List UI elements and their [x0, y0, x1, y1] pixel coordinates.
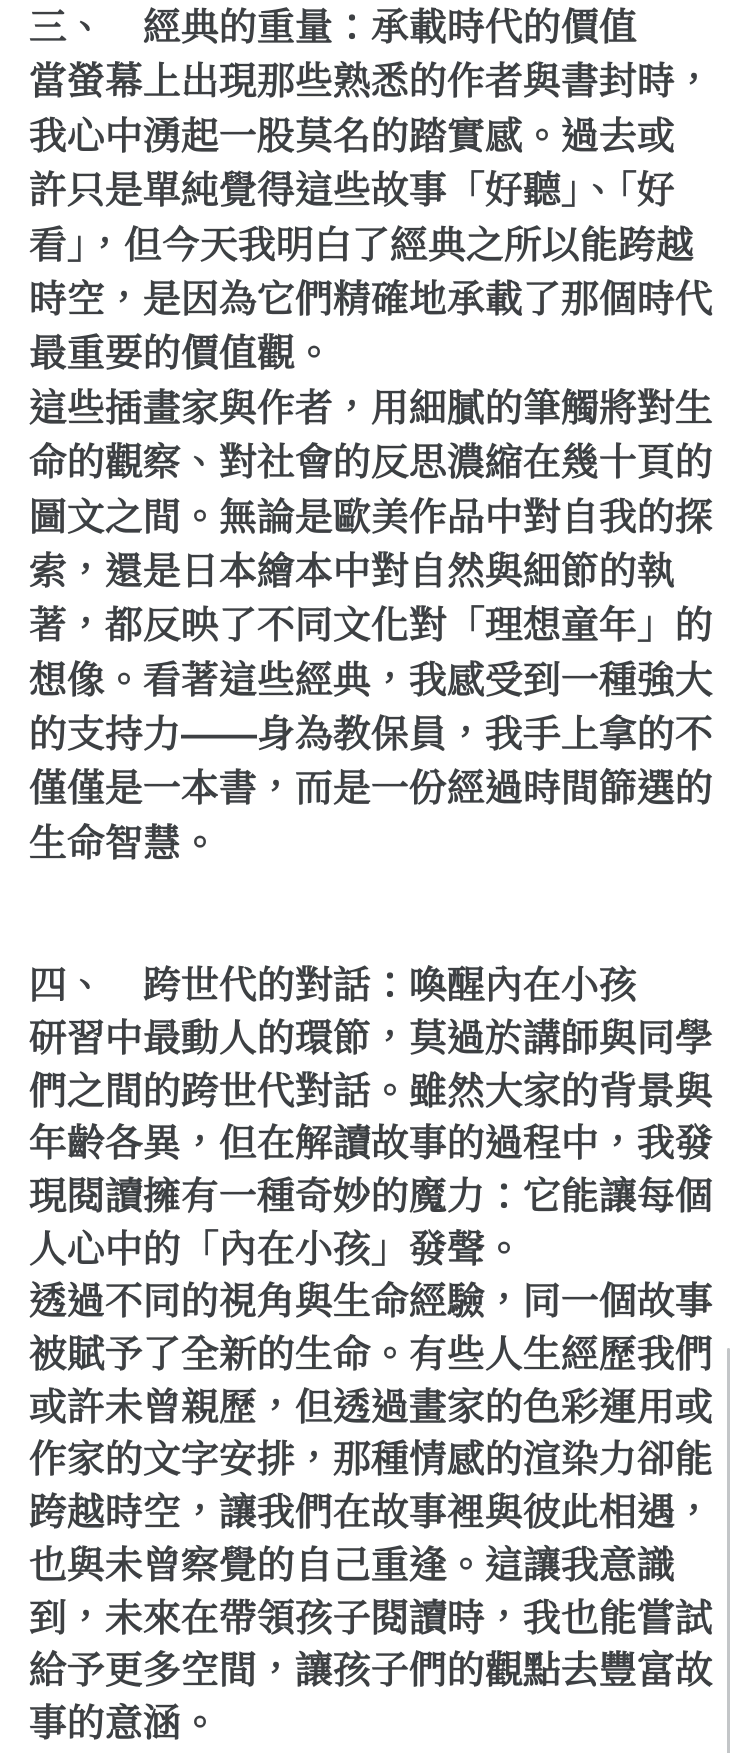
text-line: 們之間的跨世代對話。雖然大家的背景與 — [29, 1066, 749, 1119]
text-line: 給予更多空間，讓孩子們的觀點去豐富故 — [29, 1645, 749, 1698]
text-line: 最重要的價值觀。 — [29, 327, 749, 381]
text-line: 年齡各異，但在解讀故事的過程中，我發 — [29, 1118, 749, 1171]
text-line: 研習中最動人的環節，莫過於講師與同學 — [29, 1013, 749, 1066]
text-line: 想像。看著這些經典，我感受到一種強大 — [29, 654, 749, 708]
section-body: 當螢幕上出現那些熟悉的作者與書封時，我心中湧起一股莫名的踏實感。過去或許只是單純… — [29, 55, 749, 871]
text-line: 僅僅是一本書，而是一份經過時間篩選的 — [29, 762, 749, 816]
document-page: 三、 經典的重量：承載時代的價值 當螢幕上出現那些熟悉的作者與書封時，我心中湧起… — [0, 0, 749, 1751]
text-line: 我心中湧起一股莫名的踏實感。過去或 — [29, 110, 749, 164]
text-line: 圖文之間。無論是歐美作品中對自我的探 — [29, 491, 749, 545]
section-cross-generation-dialogue: 四、 跨世代的對話：喚醒內在小孩 研習中最動人的環節，莫過於講師與同學們之間的跨… — [29, 960, 749, 1750]
text-line: 被賦予了全新的生命。有些人生經歷我們 — [29, 1329, 749, 1382]
text-line: 人心中的「內在小孩」發聲。 — [29, 1224, 749, 1277]
text-line: 透過不同的視角與生命經驗，同一個故事 — [29, 1276, 749, 1329]
text-line: 也與未曾察覺的自己重逢。這讓我意識 — [29, 1540, 749, 1593]
text-line: 的支持力——身為教保員，我手上拿的不 — [29, 708, 749, 762]
text-line: 看」，但今天我明白了經典之所以能跨越 — [29, 219, 749, 273]
text-line: 跨越時空，讓我們在故事裡與彼此相遇， — [29, 1487, 749, 1540]
text-line: 事的意涵。 — [29, 1698, 749, 1751]
section-body: 研習中最動人的環節，莫過於講師與同學們之間的跨世代對話。雖然大家的背景與年齡各異… — [29, 1013, 749, 1751]
text-line: 時空，是因為它們精確地承載了那個時代 — [29, 273, 749, 327]
text-line: 當螢幕上出現那些熟悉的作者與書封時， — [29, 55, 749, 109]
scrollbar-thumb[interactable] — [727, 1348, 730, 1753]
text-line: 到，未來在帶領孩子閱讀時，我也能嘗試 — [29, 1593, 749, 1646]
text-line: 現閱讀擁有一種奇妙的魔力：它能讓每個 — [29, 1171, 749, 1224]
section-classics-weight: 三、 經典的重量：承載時代的價值 當螢幕上出現那些熟悉的作者與書封時，我心中湧起… — [29, 1, 749, 871]
text-line: 或許未曾親歷，但透過畫家的色彩運用或 — [29, 1382, 749, 1435]
text-line: 許只是單純覺得這些故事「好聽」、「好 — [29, 164, 749, 218]
text-line: 作家的文字安排，那種情感的渲染力卻能 — [29, 1434, 749, 1487]
section-heading: 三、 經典的重量：承載時代的價值 — [29, 1, 749, 55]
text-line: 這些插畫家與作者，用細膩的筆觸將對生 — [29, 382, 749, 436]
text-line: 著，都反映了不同文化對「理想童年」的 — [29, 599, 749, 653]
text-line: 命的觀察、對社會的反思濃縮在幾十頁的 — [29, 436, 749, 490]
text-line: 生命智慧。 — [29, 817, 749, 871]
section-heading: 四、 跨世代的對話：喚醒內在小孩 — [29, 960, 749, 1013]
text-line: 索，還是日本繪本中對自然與細節的執 — [29, 545, 749, 599]
